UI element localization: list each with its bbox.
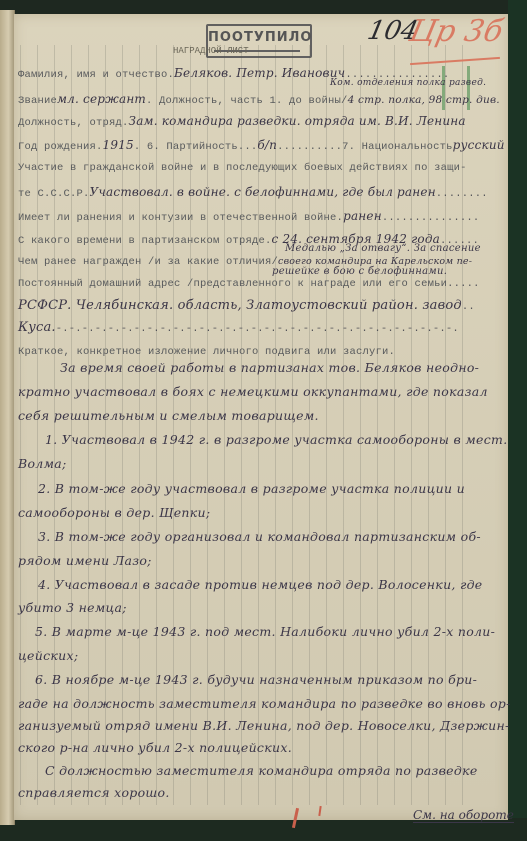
field-label: Звание <box>18 95 57 107</box>
field-value-rank: мл. сержант <box>57 92 146 106</box>
field-value-prior-award-bottom: решейке в бою с белофиннами. <box>272 266 447 277</box>
field-home-address-label: Постоянный домашний адрес /представленно… <box>18 278 480 290</box>
field-value-wounds: ранен <box>343 209 382 223</box>
narrative-line: 6. В ноябре м-це 1943 г. будучи назначен… <box>35 672 477 687</box>
narrative-line: Волма; <box>18 456 67 471</box>
narrative-line: 3. В том-же году организовал и командова… <box>38 529 481 544</box>
narrative-line: За время своей работы в партизанах тов. … <box>60 360 479 375</box>
field-value-prewar-unit: 4 стр. полка, 98 стр. див. <box>348 94 500 106</box>
field-value-address-town: Куса. <box>18 320 56 335</box>
stamp-text: ПООТУПИЛО <box>208 30 312 45</box>
field-wounds: Имеет ли ранения и контузии в отечествен… <box>18 209 479 224</box>
field-prior-combat: те С.С.С.Р.Участвовал. в войне. с белофи… <box>18 185 488 200</box>
narrative-line: ского р-на лично убил 2-х полицейских. <box>18 740 292 755</box>
field-label: Постоянный домашний адрес /представленно… <box>18 278 447 290</box>
dotted-leader: ........ <box>436 188 488 200</box>
narrative-line: самообороны в дер. Щепки; <box>18 505 210 520</box>
field-label: Чем ранее награжден /и за какие отличия/ <box>18 256 278 268</box>
section-heading-feat: Краткое, конкретное изложение личного по… <box>18 346 395 358</box>
narrative-line: 2. В том-же году участвовал в разгроме у… <box>38 481 465 496</box>
binding-spine <box>0 10 15 825</box>
field-value-position: Зам. командира разведки. отряда им. В.И.… <box>129 114 466 128</box>
archive-number-red: Цр 3б <box>406 14 506 49</box>
field-rank-position: Званиемл. сержант. Должность, часть 1. д… <box>18 92 500 107</box>
field-label: Год рождения. <box>18 141 103 153</box>
field-prewar-position-top: Ком. отделения полка развед. <box>330 78 486 88</box>
narrative-line: убито 3 немца; <box>18 600 127 615</box>
narrative-line: 4. Участвовал в засаде против немцев под… <box>38 577 483 592</box>
field-value-nationality: русский <box>453 138 505 152</box>
field-label: Фамилия, имя и отчество. <box>18 69 174 81</box>
dash-leader: -.-.-.-.-.-.-.-.-.-.-.-.-.-.-.-.-.-.-.-.… <box>56 323 459 335</box>
narrative-line: 1. Участвовал в 1942 г. в разгроме участ… <box>45 432 507 447</box>
field-value-prior-award-top: Медалью „За отвагу“. За спасение <box>285 243 481 254</box>
header-caption: НАГРАДНОЙ ЛИСТ <box>173 46 249 56</box>
field-value-prior-combat: Участвовал. в войне. с белофиннами, где … <box>90 185 436 199</box>
narrative-line: 5. В марте м-це 1943 г. под мест. Налибо… <box>35 624 495 639</box>
field-label: ..........7. Национальность <box>277 141 453 153</box>
narrative-line: рядом имени Лазо; <box>18 553 152 568</box>
dotted-leader: ..... <box>447 278 480 290</box>
narrative-line: цейских; <box>18 648 78 663</box>
narrative-line: себя решительным и смелым товарищем. <box>18 408 319 423</box>
field-label: . 6. Партийность... <box>134 141 258 153</box>
field-civil-war-label: Участие в гражданской войне и в последую… <box>18 162 467 174</box>
field-label: Должность, отряд. <box>18 117 129 129</box>
dotted-leader: ............... <box>382 212 480 224</box>
field-label: . Должность, часть 1. до войны/ <box>146 95 348 107</box>
field-value-party: б/п <box>257 138 277 152</box>
field-label: Участие в гражданской войне и в последую… <box>18 162 467 174</box>
field-position-detachment: Должность, отряд.Зам. командира разведки… <box>18 114 466 129</box>
field-value-name: Беляков. Петр. Иванович <box>174 66 345 80</box>
field-label: те С.С.С.Р. <box>18 188 90 200</box>
narrative-line: С должностью заместителя командира отряд… <box>45 763 478 778</box>
narrative-line: ганизуемый отряд имени В.И. Ленина, под … <box>18 718 510 733</box>
narrative-line: гаде на должность заместителя командира … <box>18 696 511 711</box>
continuation-note: См. на обороте <box>413 808 514 823</box>
field-label: С какого времени в партизанском отряде. <box>18 235 272 247</box>
field-value-address: РСФСР. Челябинская. область, Златоустовс… <box>18 298 462 313</box>
scan-frame-right <box>508 0 527 841</box>
field-birth-party-nationality: Год рождения.1915. 6. Партийность...б/п.… <box>18 138 505 153</box>
field-home-address-cont: Куса.-.-.-.-.-.-.-.-.-.-.-.-.-.-.-.-.-.-… <box>18 320 459 335</box>
field-home-address: РСФСР. Челябинская. область, Златоустовс… <box>18 298 475 313</box>
dotted-leader: .. <box>462 301 475 313</box>
narrative-line: кратно участвовал в боях с немецкими окк… <box>18 384 488 399</box>
narrative-line: справляется хорошо. <box>18 785 170 800</box>
field-value-birth-year: 1915 <box>103 138 134 152</box>
field-label: Имеет ли ранения и контузии в отечествен… <box>18 212 343 224</box>
